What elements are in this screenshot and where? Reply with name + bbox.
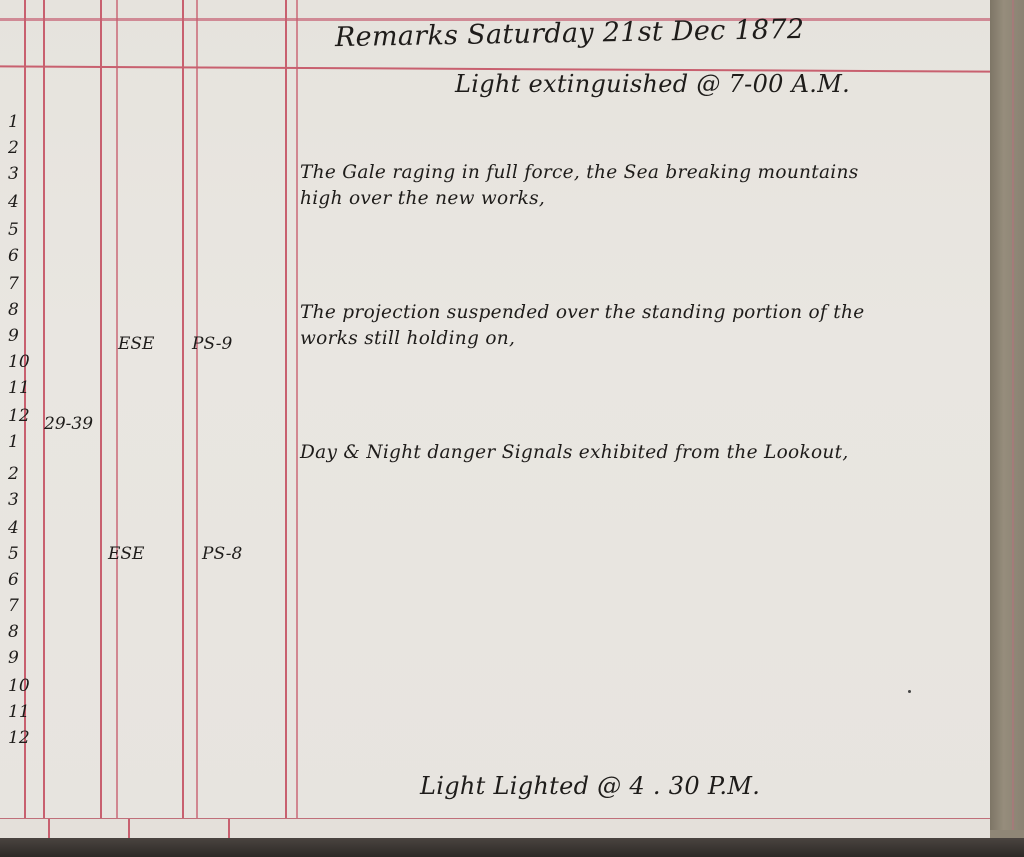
hour-label: 8 [8, 622, 19, 642]
hour-label: 10 [8, 676, 30, 696]
light-extinguished-note: Light extinguished @ 7-00 A.M. [455, 70, 850, 98]
hour-label: 3 [8, 164, 19, 184]
hour-label: 9 [8, 648, 19, 668]
wind-force-reading: PS-8 [202, 544, 242, 564]
column-rule-force [182, 0, 184, 820]
hour-label: 12 [8, 728, 30, 748]
ink-spot [908, 690, 911, 693]
hour-label: 4 [8, 192, 19, 212]
hour-label: 5 [8, 220, 19, 240]
hour-label: 11 [8, 702, 30, 722]
hour-label: 9 [8, 326, 19, 346]
remark-line: The projection suspended over the standi… [300, 300, 864, 326]
wind-force-reading: PS-9 [192, 334, 232, 354]
hour-label: 6 [8, 246, 19, 266]
hour-label: 12 [8, 406, 30, 426]
wind-direction-reading: ESE [118, 334, 154, 354]
wind-direction-reading: ESE [108, 544, 144, 564]
remark-entry: Day & Night danger Signals exhibited fro… [300, 440, 849, 466]
book-edge-rule [1012, 0, 1014, 830]
hour-label: 1 [8, 432, 19, 452]
hour-label: 3 [8, 490, 19, 510]
column-rule-wind [100, 0, 102, 820]
hour-label: 2 [8, 138, 19, 158]
book-shadow [0, 838, 1024, 857]
column-rule-remarks [285, 0, 287, 820]
hour-label: 8 [8, 300, 19, 320]
ledger-page: Remarks Saturday 21st Dec 1872 Light ext… [0, 0, 990, 840]
remark-line: Day & Night danger Signals exhibited fro… [300, 440, 849, 466]
barometer-reading: 29-39 [44, 414, 93, 434]
hour-label: 10 [8, 352, 30, 372]
hour-label: 2 [8, 464, 19, 484]
light-lighted-note: Light Lighted @ 4 . 30 P.M. [420, 772, 760, 800]
remark-entry: The Gale raging in full force, the Sea b… [300, 160, 859, 212]
hour-label: 5 [8, 544, 19, 564]
hour-label: 1 [8, 112, 19, 132]
column-rule-force-inner [196, 0, 198, 820]
column-rule-barometer [43, 0, 45, 820]
remark-line: The Gale raging in full force, the Sea b… [300, 160, 859, 186]
remark-line: works still holding on, [300, 326, 864, 352]
hour-label: 7 [8, 274, 19, 294]
remark-line: high over the new works, [300, 186, 859, 212]
book-edge [990, 0, 1024, 830]
hour-label: 11 [8, 378, 30, 398]
remark-entry: The projection suspended over the standi… [300, 300, 864, 352]
hour-label: 7 [8, 596, 19, 616]
column-rule-remarks-inner [296, 0, 298, 820]
hour-label: 4 [8, 518, 19, 538]
hour-label: 6 [8, 570, 19, 590]
column-rule-wind-inner [116, 0, 118, 820]
ledger-photo: Remarks Saturday 21st Dec 1872 Light ext… [0, 0, 1024, 857]
